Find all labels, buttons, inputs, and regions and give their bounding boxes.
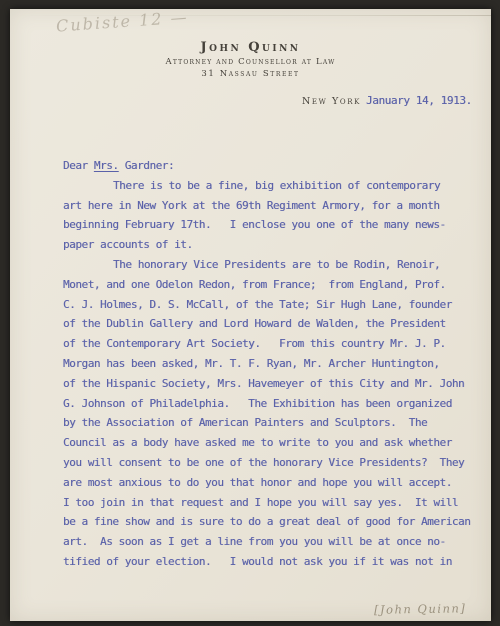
letter-line: There is to be a fine, big exhibition of… bbox=[63, 176, 477, 196]
letter-line: paper accounts of it. bbox=[63, 235, 477, 255]
letter-line: The honorary Vice Presidents are to be R… bbox=[63, 255, 477, 275]
typed-date: January 14, 1913. bbox=[366, 94, 472, 107]
letter-line: be a fine show and is sure to do a great… bbox=[63, 512, 477, 532]
pencil-annotation-bottom-right: [John Quinn] bbox=[374, 601, 467, 617]
letter-line: you will consent to be one of the honora… bbox=[63, 453, 477, 473]
letter-line: are most anxious to do you that honor an… bbox=[63, 473, 477, 493]
letter-line: art here in New York at the 69th Regimen… bbox=[63, 196, 477, 216]
salutation-post: Gardner: bbox=[119, 159, 175, 172]
letter-line: beginning February 17th. I enclose you o… bbox=[63, 215, 477, 235]
letter-line: I too join in that request and I hope yo… bbox=[63, 493, 477, 513]
letterhead-address: 31 Nassau Street bbox=[10, 69, 491, 79]
letter-line: of the Hispanic Society, Mrs. Havemeyer … bbox=[63, 374, 477, 394]
letter-line: tified of your election. I would not ask… bbox=[63, 552, 477, 572]
letter-line: of the Contemporary Art Society. From th… bbox=[63, 334, 477, 354]
letterhead-place: New York bbox=[302, 96, 361, 107]
letter-line: Monet, and one Odelon Redon, from France… bbox=[63, 275, 477, 295]
letter-paper: Cubiste 12 — John Quinn Attorney and Cou… bbox=[10, 9, 491, 621]
letter-line: by the Association of American Painters … bbox=[63, 413, 477, 433]
letter-line: C. J. Holmes, D. S. McCall, of the Tate;… bbox=[63, 295, 477, 315]
letterhead-name: John Quinn bbox=[10, 40, 491, 55]
salutation-pre: Dear bbox=[63, 159, 94, 172]
pencil-annotation-top-left: Cubiste 12 — bbox=[55, 7, 189, 35]
letterhead-title: Attorney and Counsellor at Law bbox=[10, 57, 491, 67]
salutation-line: Dear Mrs. Gardner: bbox=[63, 156, 477, 176]
letter-body: Dear Mrs. Gardner: There is to be a fine… bbox=[63, 156, 477, 572]
scanned-letter-view: Cubiste 12 — John Quinn Attorney and Cou… bbox=[0, 0, 500, 626]
salutation-underlined: Mrs. bbox=[94, 159, 119, 172]
letter-line: Council as a body have asked me to write… bbox=[63, 433, 477, 453]
letter-line: Morgan has been asked, Mr. T. F. Ryan, M… bbox=[63, 354, 477, 374]
letter-line: G. Johnson of Philadelphia. The Exhibiti… bbox=[63, 394, 477, 414]
letter-line: of the Dublin Gallery and Lord Howard de… bbox=[63, 314, 477, 334]
letter-line: art. As soon as I get a line from you yo… bbox=[63, 532, 477, 552]
letterhead: John Quinn Attorney and Counsellor at La… bbox=[10, 40, 491, 79]
